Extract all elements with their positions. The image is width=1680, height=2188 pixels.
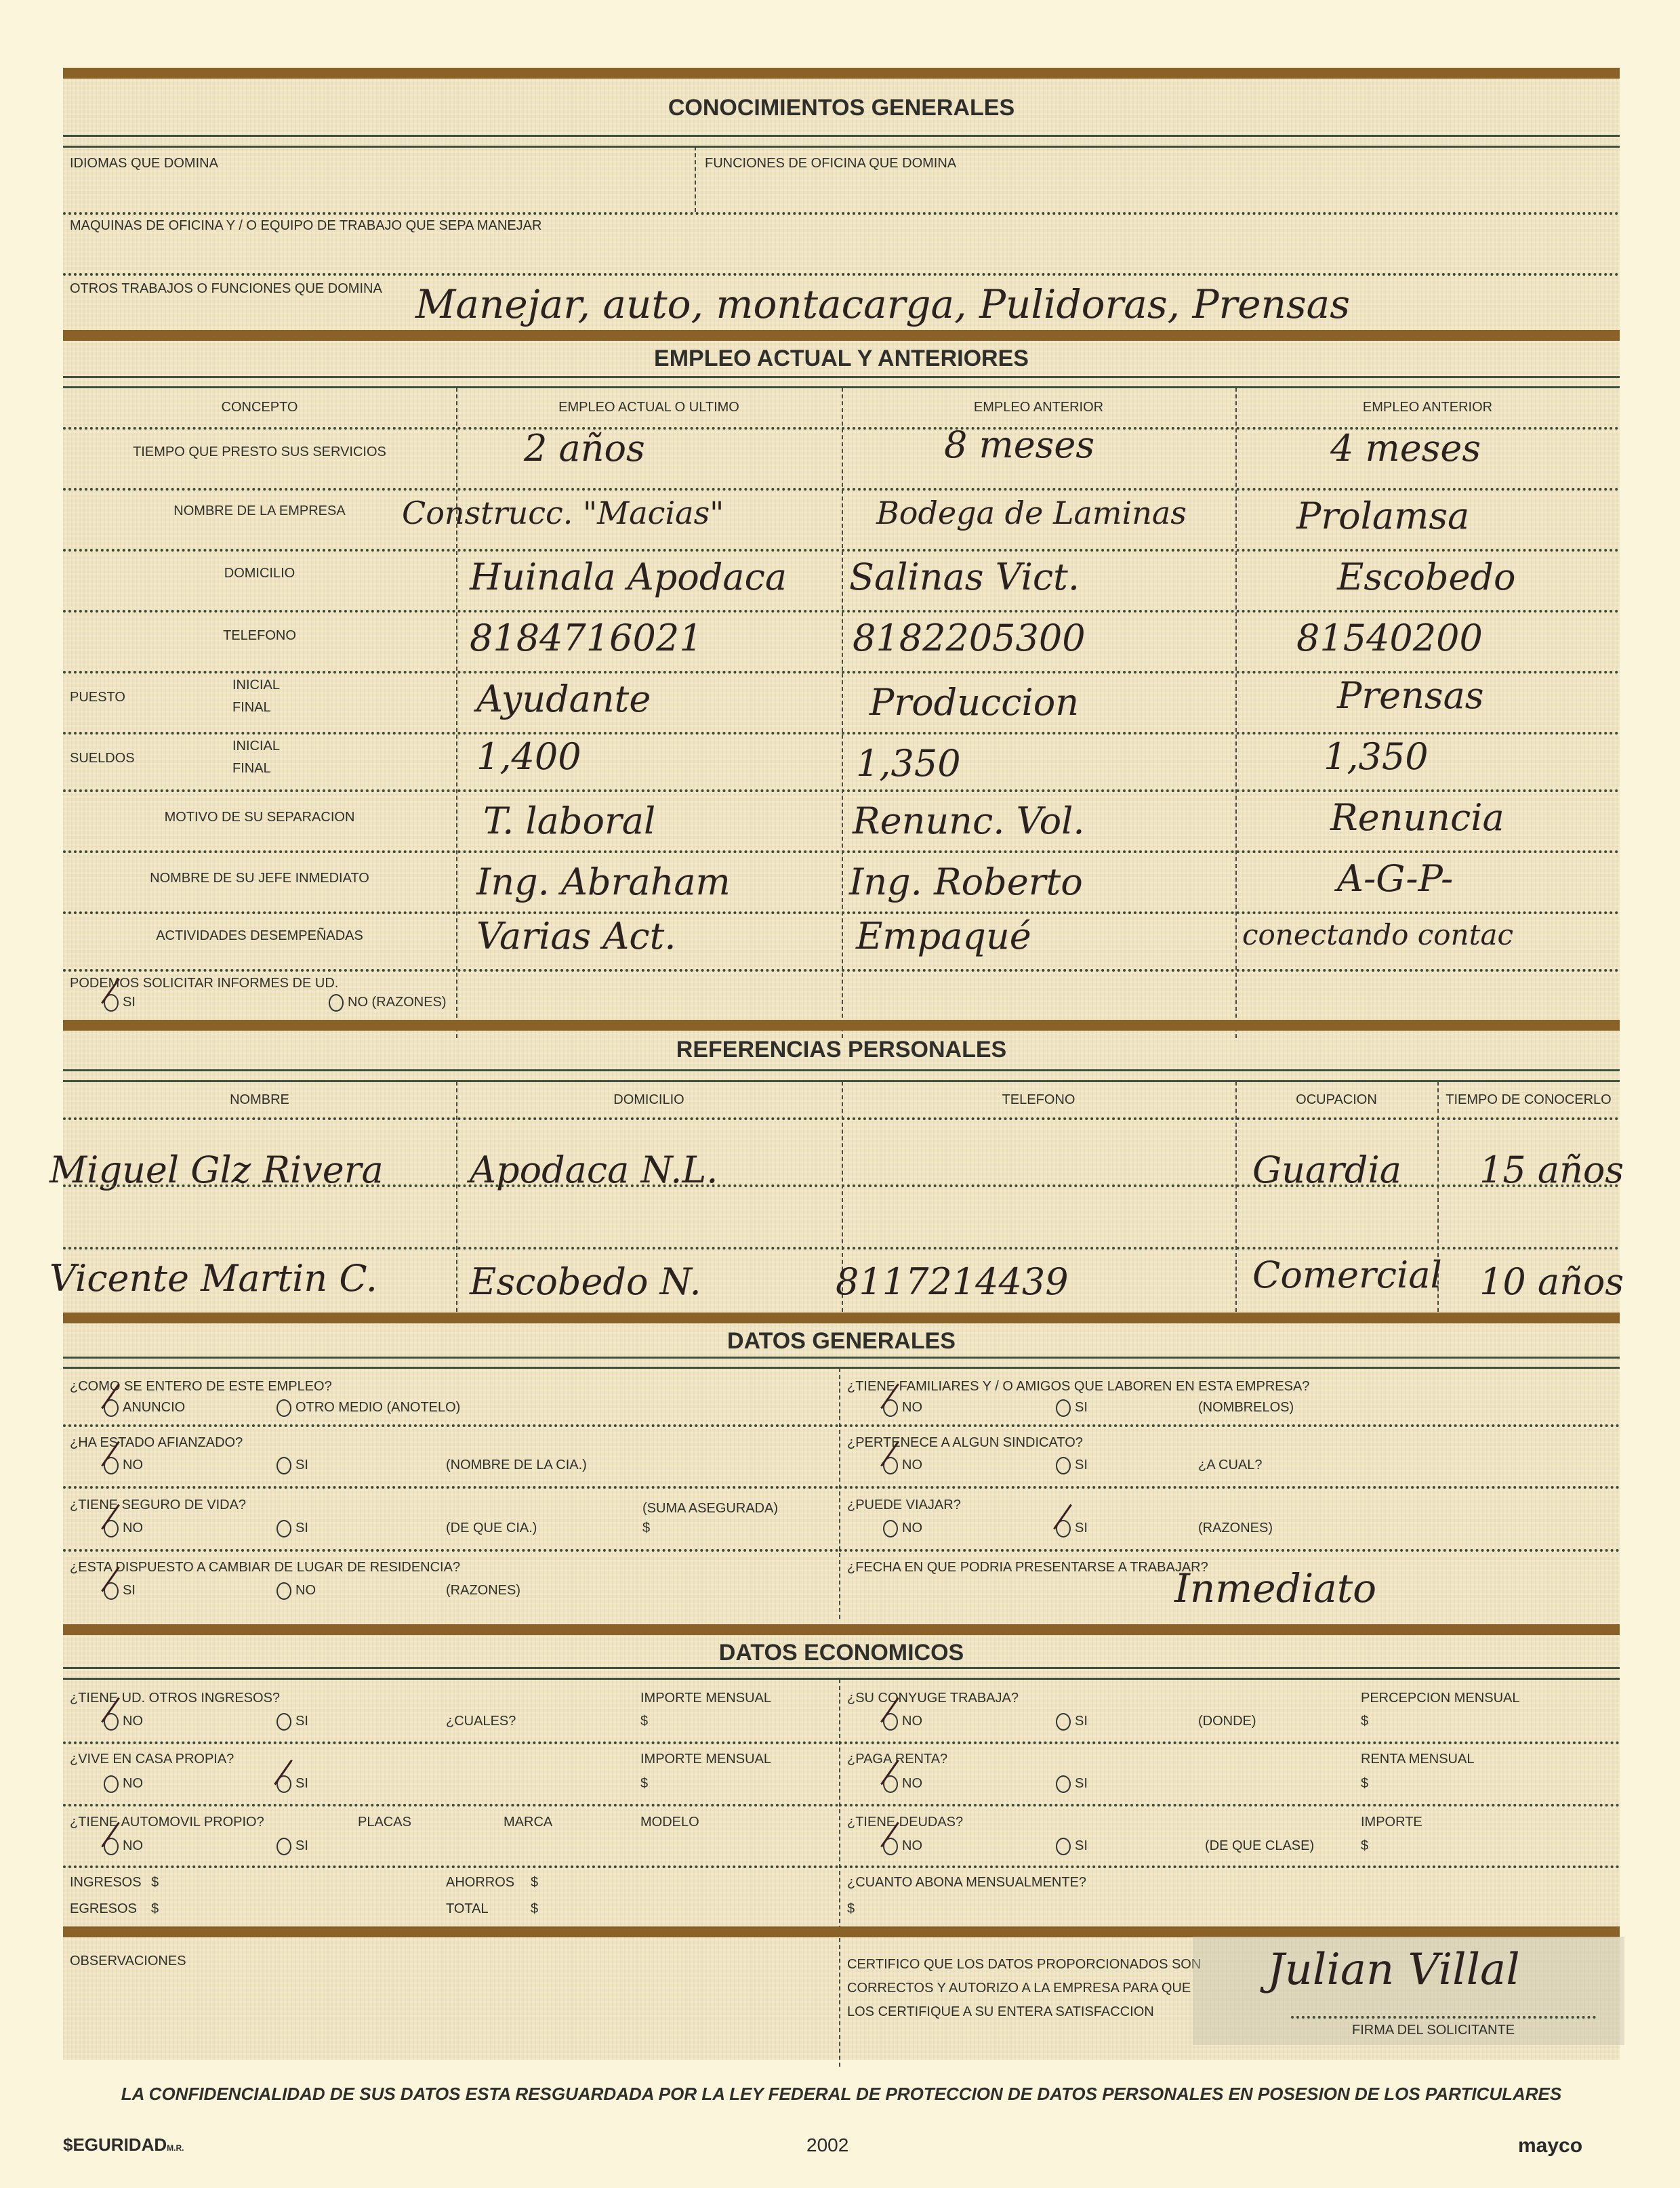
sueldos-inicial-label: INICIAL bbox=[232, 739, 280, 754]
dg-viajar-label: ¿PUEDE VIAJAR? bbox=[847, 1498, 961, 1513]
cell-tiempo-actual[interactable]: 2 años bbox=[524, 427, 645, 470]
dg-otro-medio-label: OTRO MEDIO (ANOTELO) bbox=[295, 1400, 460, 1416]
applicant-signature[interactable]: Julian Villal bbox=[1267, 1945, 1520, 1995]
dg-suma-asegurada-field[interactable]: $ bbox=[642, 1521, 650, 1536]
de-renta-no-label: NO bbox=[902, 1776, 922, 1792]
cell-telefono-actual[interactable]: 8184716021 bbox=[470, 617, 703, 659]
row-divider bbox=[63, 1184, 1620, 1187]
dg-residencia-no-radio[interactable] bbox=[276, 1582, 291, 1600]
puesto-final-label: FINAL bbox=[232, 700, 271, 716]
de-renta-mensual-field[interactable]: $ bbox=[1361, 1776, 1368, 1792]
de-conyuge-percepcion-label: PERCEPCION MENSUAL bbox=[1361, 1691, 1520, 1706]
de-conyuge-no-label: NO bbox=[902, 1714, 922, 1729]
de-otros-ingresos-no-label: NO bbox=[123, 1714, 143, 1729]
dg-seguro-cia-label: (DE QUE CIA.) bbox=[446, 1521, 537, 1536]
informes-si-radio[interactable] bbox=[104, 994, 119, 1012]
dg-seguro-si-label: SI bbox=[295, 1521, 308, 1536]
dg-como-se-entero-label: ¿COMO SE ENTERO DE ESTE EMPLEO? bbox=[70, 1379, 332, 1395]
row-divider bbox=[63, 488, 1620, 491]
certifico-line-1: CERTIFICO QUE LOS DATOS PROPORCIONADOS S… bbox=[847, 1957, 1201, 1973]
dg-sindicato-label: ¿PERTENECE A ALGUN SINDICATO? bbox=[847, 1435, 1083, 1451]
de-deudas-clase-label: (DE QUE CLASE) bbox=[1205, 1838, 1314, 1854]
de-deudas-no-label: NO bbox=[902, 1838, 922, 1854]
dg-afianzado-no-radio[interactable] bbox=[104, 1457, 119, 1474]
ref-header-telefono: TELEFONO bbox=[842, 1092, 1235, 1108]
application-form: CONOCIMIENTOS GENERALES IDIOMAS QUE DOMI… bbox=[63, 68, 1620, 2060]
dg-sindicato-si-label: SI bbox=[1075, 1458, 1088, 1473]
cell-domicilio-actual[interactable]: Huinala Apodaca bbox=[470, 556, 787, 598]
row-label-actividades: ACTIVIDADES DESEMPEÑADAS bbox=[63, 928, 456, 944]
section-title-conocimientos: CONOCIMIENTOS GENERALES bbox=[63, 95, 1620, 121]
de-placas-label: PLACAS bbox=[358, 1815, 411, 1830]
row-divider bbox=[63, 610, 1620, 613]
row-divider bbox=[63, 969, 1620, 972]
row-label-domicilio: DOMICILIO bbox=[63, 566, 456, 581]
section-title-datos-economicos: DATOS ECONOMICOS bbox=[63, 1640, 1620, 1666]
row-divider bbox=[839, 1486, 1620, 1489]
dg-suma-asegurada-label: (SUMA ASEGURADA) bbox=[642, 1501, 778, 1516]
dg-fecha-presentarse-label: ¿FECHA EN QUE PODRIA PRESENTARSE A TRABA… bbox=[847, 1560, 1208, 1575]
signature-line bbox=[1291, 2016, 1596, 2019]
row-label-jefe: NOMBRE DE SU JEFE INMEDIATO bbox=[63, 871, 456, 886]
cell-sueldo-anterior-1[interactable]: 1,350 bbox=[856, 742, 961, 785]
dg-otro-medio-radio[interactable] bbox=[276, 1399, 291, 1417]
dg-familiares-si-label: SI bbox=[1075, 1400, 1088, 1416]
dg-seguro-no-label: NO bbox=[123, 1521, 143, 1536]
section-bar bbox=[63, 1020, 1620, 1031]
header-concepto: CONCEPTO bbox=[63, 400, 456, 415]
de-casa-propia-importe-field[interactable]: $ bbox=[640, 1776, 648, 1792]
section-bar bbox=[63, 1313, 1620, 1323]
divider bbox=[63, 1678, 1620, 1680]
row-divider bbox=[63, 1247, 1620, 1250]
dg-viajar-si-radio[interactable] bbox=[1056, 1520, 1071, 1537]
de-casa-propia-label: ¿VIVE EN CASA PROPIA? bbox=[70, 1752, 234, 1767]
de-otros-ingresos-no-radio[interactable] bbox=[104, 1713, 119, 1731]
de-otros-ingresos-si-label: SI bbox=[295, 1714, 308, 1729]
row-label-puesto: PUESTO bbox=[70, 690, 125, 705]
row-divider bbox=[839, 1741, 1620, 1744]
de-automovil-label: ¿TIENE AUTOMOVIL PROPIO? bbox=[70, 1815, 264, 1830]
de-conyuge-no-radio[interactable] bbox=[883, 1713, 898, 1731]
de-conyuge-label: ¿SU CONYUGE TRABAJA? bbox=[847, 1691, 1019, 1706]
dg-viajar-si-label: SI bbox=[1075, 1521, 1088, 1536]
de-automovil-no-radio[interactable] bbox=[104, 1838, 119, 1855]
dg-seguro-vida-label: ¿TIENE SEGURO DE VIDA? bbox=[70, 1498, 246, 1513]
cell-telefono-anterior-1[interactable]: 8182205300 bbox=[853, 617, 1086, 659]
cell-empresa-anterior-2[interactable]: Prolamsa bbox=[1296, 495, 1469, 537]
header-empleo-anterior-2: EMPLEO ANTERIOR bbox=[1235, 400, 1620, 415]
de-otros-ingresos-importe-field[interactable]: $ bbox=[640, 1714, 648, 1729]
certifico-line-3: LOS CERTIFIQUE A SU ENTERA SATISFACCION bbox=[847, 2004, 1154, 2020]
column-divider bbox=[1235, 1081, 1237, 1312]
dg-sindicato-no-radio[interactable] bbox=[883, 1457, 898, 1474]
seguridad-logo: $EGURIDADM.R. bbox=[63, 2134, 184, 2155]
cell-tiempo-anterior-2[interactable]: 4 meses bbox=[1330, 427, 1481, 470]
row-divider bbox=[839, 1549, 1620, 1552]
ref-2-ocupacion[interactable]: Comercial bbox=[1252, 1254, 1442, 1296]
de-ahorros-field[interactable]: $ bbox=[531, 1875, 538, 1891]
row-divider bbox=[839, 1865, 1620, 1868]
form-year: 2002 bbox=[806, 2134, 848, 2156]
dg-afianzado-label: ¿HA ESTADO AFIANZADO? bbox=[70, 1435, 243, 1451]
row-divider bbox=[63, 273, 1620, 276]
dg-viajar-razones-label: (RAZONES) bbox=[1198, 1521, 1273, 1536]
mayco-logo: mayco bbox=[1518, 2134, 1582, 2158]
dg-viajar-no-radio[interactable] bbox=[883, 1520, 898, 1537]
row-divider bbox=[63, 1424, 839, 1427]
divider bbox=[63, 1069, 1620, 1071]
dg-sindicato-no-label: NO bbox=[902, 1458, 922, 1473]
cell-sueldo-anterior-2[interactable]: 1,350 bbox=[1324, 735, 1429, 778]
divider bbox=[63, 135, 1620, 137]
otros-trabajos-label: OTROS TRABAJOS O FUNCIONES QUE DOMINA bbox=[70, 281, 382, 297]
puesto-inicial-label: INICIAL bbox=[232, 678, 280, 693]
seguridad-logo-text: $EGURIDAD bbox=[63, 2134, 167, 2155]
row-divider bbox=[839, 1424, 1620, 1427]
ref-header-tiempo: TIEMPO DE CONOCERLO bbox=[1437, 1092, 1620, 1108]
cell-domicilio-anterior-1[interactable]: Salinas Vict. bbox=[849, 556, 1080, 598]
column-divider bbox=[695, 146, 696, 212]
de-conyuge-si-radio[interactable] bbox=[1056, 1713, 1071, 1731]
de-egresos-label: EGRESOS bbox=[70, 1901, 137, 1917]
observaciones-label: OBSERVACIONES bbox=[70, 1954, 186, 1969]
header-empleo-actual: EMPLEO ACTUAL O ULTIMO bbox=[456, 400, 842, 415]
column-divider bbox=[839, 1938, 840, 2067]
cell-sueldo-actual[interactable]: 1,400 bbox=[476, 735, 581, 778]
de-renta-si-label: SI bbox=[1075, 1776, 1088, 1792]
row-divider bbox=[63, 671, 1620, 674]
certifico-line-2: CORRECTOS Y AUTORIZO A LA EMPRESA PARA Q… bbox=[847, 1981, 1191, 1996]
de-otros-ingresos-cuales-label: ¿CUALES? bbox=[446, 1714, 516, 1729]
header-empleo-anterior-1: EMPLEO ANTERIOR bbox=[842, 400, 1235, 415]
de-deudas-si-label: SI bbox=[1075, 1838, 1088, 1854]
dg-afianzado-si-label: SI bbox=[295, 1458, 308, 1473]
section-title-empleo: EMPLEO ACTUAL Y ANTERIORES bbox=[63, 346, 1620, 372]
ref-2-telefono[interactable]: 8117214439 bbox=[836, 1260, 1069, 1303]
ref-header-ocupacion: OCUPACION bbox=[1235, 1092, 1437, 1108]
de-deudas-label: ¿TIENE DEUDAS? bbox=[847, 1815, 963, 1830]
cell-actividades-anterior-2[interactable]: conectando contac bbox=[1242, 918, 1513, 951]
cell-actividades-anterior-1[interactable]: Empaqué bbox=[856, 915, 1031, 957]
de-deudas-si-radio[interactable] bbox=[1056, 1838, 1071, 1855]
divider bbox=[63, 376, 1620, 378]
dg-familiares-nombrelos-label: (NOMBRELOS) bbox=[1198, 1400, 1294, 1416]
de-conyuge-percepcion-field[interactable]: $ bbox=[1361, 1714, 1368, 1729]
dg-afianzado-si-radio[interactable] bbox=[276, 1457, 291, 1474]
ref-2-tiempo[interactable]: 10 años bbox=[1479, 1260, 1624, 1303]
ref-header-nombre: NOMBRE bbox=[63, 1092, 456, 1108]
dg-familiares-label: ¿TIENE FAMILIARES Y / O AMIGOS QUE LABOR… bbox=[847, 1379, 1309, 1395]
de-casa-propia-no-label: NO bbox=[123, 1776, 143, 1792]
row-divider bbox=[63, 732, 1620, 735]
de-abona-label: ¿CUANTO ABONA MENSUALMENTE? bbox=[847, 1875, 1086, 1891]
confidentiality-notice: LA CONFIDENCIALIDAD DE SUS DATOS ESTA RE… bbox=[63, 2084, 1620, 2105]
cell-actividades-actual[interactable]: Varias Act. bbox=[476, 915, 676, 957]
section-bar bbox=[63, 1926, 1620, 1937]
dg-cambiar-residencia-label: ¿ESTA DISPUESTO A CAMBIAR DE LUGAR DE RE… bbox=[70, 1560, 460, 1575]
cell-jefe-anterior-2[interactable]: A-G-P- bbox=[1337, 857, 1453, 900]
de-otros-ingresos-label: ¿TIENE UD. OTROS INGRESOS? bbox=[70, 1691, 280, 1706]
idiomas-label: IDIOMAS QUE DOMINA bbox=[70, 156, 218, 171]
cell-empresa-actual[interactable]: Construcc. "Macias" bbox=[402, 495, 724, 531]
dg-familiares-no-radio[interactable] bbox=[883, 1399, 898, 1417]
ref-2-domicilio[interactable]: Escobedo N. bbox=[470, 1260, 701, 1303]
section-title-referencias: REFERENCIAS PERSONALES bbox=[63, 1037, 1620, 1063]
cell-motivo-actual[interactable]: T. laboral bbox=[483, 800, 655, 842]
section-title-datos-generales: DATOS GENERALES bbox=[63, 1328, 1620, 1355]
de-otros-ingresos-importe-label: IMPORTE MENSUAL bbox=[640, 1691, 771, 1706]
column-divider bbox=[456, 388, 457, 1038]
cell-puesto-anterior-1[interactable]: Produccion bbox=[869, 681, 1079, 724]
row-divider bbox=[63, 549, 1620, 552]
dg-residencia-razones-label: (RAZONES) bbox=[446, 1583, 520, 1598]
ref-2-nombre[interactable]: Vicente Martin C. bbox=[49, 1257, 377, 1300]
row-divider bbox=[63, 212, 1620, 215]
de-renta-mensual-label: RENTA MENSUAL bbox=[1361, 1752, 1474, 1767]
de-ingresos-label: INGRESOS bbox=[70, 1875, 142, 1891]
section-bar bbox=[63, 1624, 1620, 1635]
maquinas-label: MAQUINAS DE OFICINA Y / O EQUIPO DE TRAB… bbox=[70, 218, 541, 234]
dg-familiares-si-radio[interactable] bbox=[1056, 1399, 1071, 1417]
de-renta-si-radio[interactable] bbox=[1056, 1775, 1071, 1793]
dg-residencia-si-radio[interactable] bbox=[104, 1582, 119, 1600]
cell-puesto-anterior-2[interactable]: Prensas bbox=[1337, 674, 1484, 717]
de-automovil-no-label: NO bbox=[123, 1838, 143, 1854]
row-divider bbox=[839, 1804, 1620, 1807]
de-abona-field[interactable]: $ bbox=[847, 1901, 855, 1917]
funciones-label: FUNCIONES DE OFICINA QUE DOMINA bbox=[705, 156, 956, 171]
cell-motivo-anterior-1[interactable]: Renunc. Vol. bbox=[853, 800, 1085, 842]
cell-tiempo-anterior-1[interactable]: 8 meses bbox=[944, 424, 1094, 466]
dg-anuncio-radio[interactable] bbox=[104, 1399, 119, 1417]
sueldos-final-label: FINAL bbox=[232, 761, 271, 777]
cell-telefono-anterior-2[interactable]: 81540200 bbox=[1296, 617, 1483, 659]
row-label-sueldos: SUELDOS bbox=[70, 751, 135, 766]
dg-seguro-no-radio[interactable] bbox=[104, 1520, 119, 1537]
divider bbox=[63, 1367, 1620, 1369]
section-bar bbox=[63, 330, 1620, 341]
cell-puesto-actual[interactable]: Ayudante bbox=[476, 678, 651, 720]
cell-motivo-anterior-2[interactable]: Renuncia bbox=[1330, 796, 1504, 839]
de-casa-propia-si-label: SI bbox=[295, 1776, 308, 1792]
dg-residencia-si-label: SI bbox=[123, 1583, 136, 1598]
de-casa-propia-no-radio[interactable] bbox=[104, 1775, 119, 1793]
dg-sindicato-cual-label: ¿A CUAL? bbox=[1198, 1458, 1262, 1473]
ref-header-domicilio: DOMICILIO bbox=[456, 1092, 842, 1108]
de-marca-label: MARCA bbox=[504, 1815, 552, 1830]
informes-no-radio[interactable] bbox=[329, 994, 344, 1012]
de-total-field[interactable]: $ bbox=[531, 1901, 538, 1917]
row-label-motivo: MOTIVO DE SU SEPARACION bbox=[63, 810, 456, 825]
column-divider bbox=[839, 1368, 840, 1619]
row-divider bbox=[63, 1865, 839, 1868]
row-divider bbox=[63, 1804, 839, 1807]
cell-jefe-anterior-1[interactable]: Ing. Roberto bbox=[849, 861, 1083, 903]
column-divider bbox=[842, 388, 843, 1038]
de-deudas-importe-field[interactable]: $ bbox=[1361, 1838, 1368, 1854]
informes-no-label: NO (RAZONES) bbox=[348, 995, 447, 1010]
informes-si-label: SI bbox=[123, 995, 136, 1010]
de-deudas-no-radio[interactable] bbox=[883, 1838, 898, 1855]
dg-afianzado-no-label: NO bbox=[123, 1458, 143, 1473]
dg-familiares-no-label: NO bbox=[902, 1400, 922, 1416]
registered-mark: M.R. bbox=[167, 2143, 184, 2153]
cell-empresa-anterior-1[interactable]: Bodega de Laminas bbox=[876, 495, 1187, 531]
de-ahorros-label: AHORROS bbox=[446, 1875, 514, 1891]
de-egresos-field[interactable]: $ bbox=[151, 1901, 159, 1917]
dg-residencia-no-label: NO bbox=[295, 1583, 316, 1598]
row-divider bbox=[63, 911, 1620, 914]
de-conyuge-donde-label: (DONDE) bbox=[1198, 1714, 1256, 1729]
row-divider bbox=[63, 1117, 1620, 1120]
row-divider bbox=[63, 1741, 839, 1744]
row-divider bbox=[63, 1549, 839, 1552]
dg-afianzado-cia-label: (NOMBRE DE LA CIA.) bbox=[446, 1458, 587, 1473]
de-automovil-si-radio[interactable] bbox=[276, 1838, 291, 1855]
dg-sindicato-si-radio[interactable] bbox=[1056, 1457, 1071, 1474]
section-bar bbox=[63, 68, 1620, 79]
de-casa-propia-importe-label: IMPORTE MENSUAL bbox=[640, 1752, 771, 1767]
row-divider bbox=[63, 850, 1620, 853]
de-deudas-importe-label: IMPORTE bbox=[1361, 1815, 1422, 1830]
cell-domicilio-anterior-2[interactable]: Escobedo bbox=[1337, 556, 1516, 598]
firma-solicitante-label: FIRMA DEL SOLICITANTE bbox=[1352, 2023, 1515, 2038]
dg-fecha-presentarse-field[interactable]: Inmediato bbox=[1174, 1565, 1376, 1611]
dg-seguro-si-radio[interactable] bbox=[276, 1520, 291, 1537]
divider bbox=[63, 146, 1620, 148]
row-label-empresa: NOMBRE DE LA EMPRESA bbox=[63, 503, 456, 519]
divider bbox=[63, 1357, 1620, 1359]
column-divider bbox=[1235, 388, 1237, 1038]
column-divider bbox=[456, 1081, 457, 1312]
de-total-label: TOTAL bbox=[446, 1901, 489, 1917]
de-renta-no-radio[interactable] bbox=[883, 1775, 898, 1793]
row-divider bbox=[63, 789, 1620, 792]
otros-trabajos-field[interactable]: Manejar, auto, montacarga, Pulidoras, Pr… bbox=[415, 281, 1350, 327]
cell-jefe-actual[interactable]: Ing. Abraham bbox=[476, 861, 731, 903]
de-ingresos-field[interactable]: $ bbox=[151, 1875, 159, 1891]
row-divider bbox=[63, 1486, 839, 1489]
de-casa-propia-si-radio[interactable] bbox=[276, 1775, 291, 1793]
de-automovil-si-label: SI bbox=[295, 1838, 308, 1854]
row-label-telefono: TELEFONO bbox=[63, 628, 456, 644]
row-label-tiempo: TIEMPO QUE PRESTO SUS SERVICIOS bbox=[63, 445, 456, 460]
de-conyuge-si-label: SI bbox=[1075, 1714, 1088, 1729]
de-modelo-label: MODELO bbox=[640, 1815, 699, 1830]
dg-viajar-no-label: NO bbox=[902, 1521, 922, 1536]
divider bbox=[63, 1667, 1620, 1669]
dg-anuncio-label: ANUNCIO bbox=[123, 1400, 185, 1416]
de-otros-ingresos-si-radio[interactable] bbox=[276, 1713, 291, 1731]
